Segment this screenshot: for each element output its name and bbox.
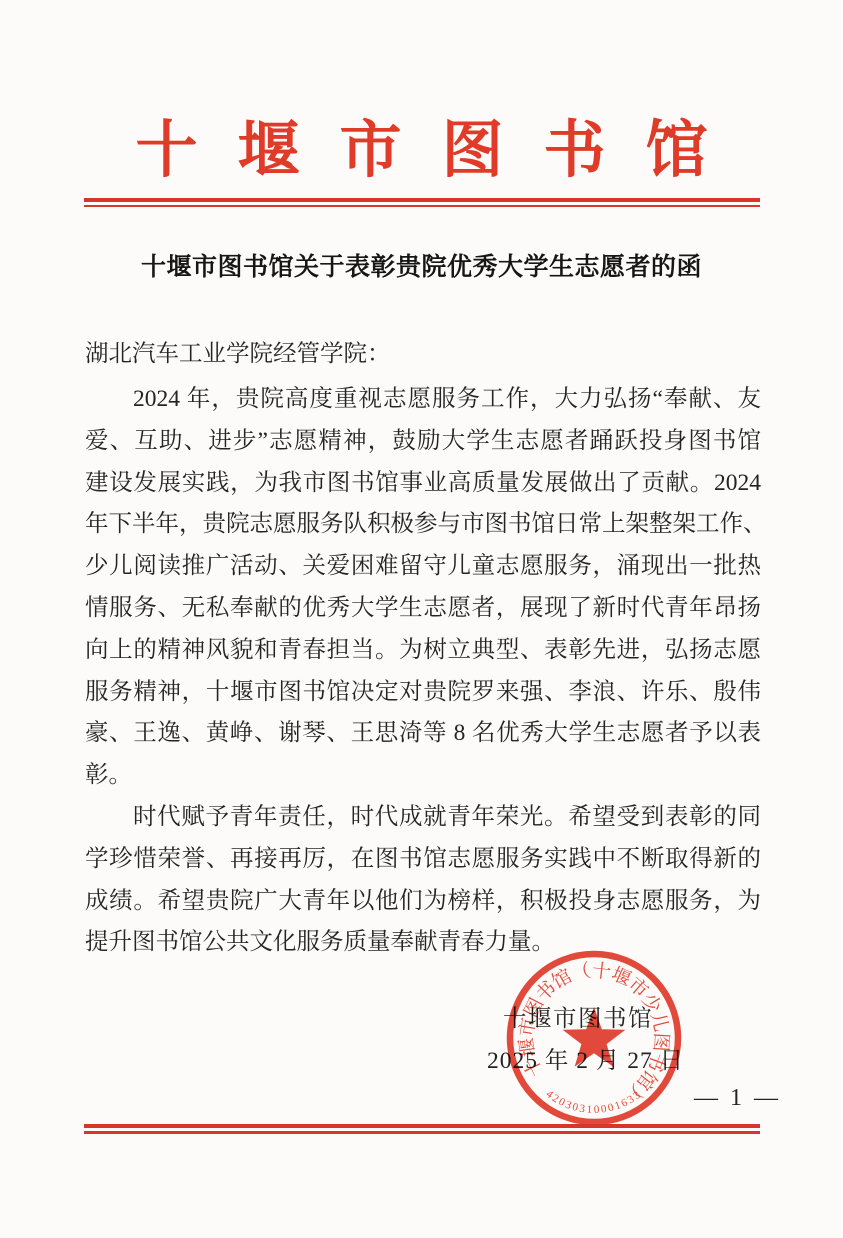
body-line: 时代赋予青年责任，时代成就青年荣光。希望受到表彰的同	[85, 797, 761, 839]
letterhead: 十堰市图书馆	[0, 100, 843, 189]
body-line: 2024 年，贵院高度重视志愿服务工作，大力弘扬“奉献、友	[85, 379, 761, 421]
document-title: 十堰市图书馆关于表彰贵院优秀大学生志愿者的函	[0, 247, 843, 283]
seal-star-icon	[563, 1007, 626, 1067]
body-line: 学珍惜荣誉、再接再厉，在图书馆志愿服务实践中不断取得新的	[85, 839, 761, 881]
body-line: 年下半年，贵院志愿服务队积极参与市图书馆日常上架整架工作、	[85, 504, 761, 546]
red-divider-top	[84, 198, 760, 207]
salutation: 湖北汽车工业学院经管学院：	[85, 334, 761, 379]
body-line: 向上的精神风貌和青春担当。为树立典型、表彰先进，弘扬志愿	[85, 630, 761, 672]
red-divider-bottom	[84, 1124, 760, 1134]
divider-bar	[84, 1131, 760, 1134]
body-line: 建设发展实践，为我市图书馆事业高质量发展做出了贡献。2024	[85, 463, 761, 505]
scanned-letter-page: 十堰市图书馆 十堰市图书馆关于表彰贵院优秀大学生志愿者的函 湖北汽车工业学院经管…	[0, 0, 843, 1238]
body-line: 豪、王逸、黄峥、谢琴、王思渏等 8 名优秀大学生志愿者予以表	[85, 713, 761, 755]
body-line: 少儿阅读推广活动、关爱困难留守儿童志愿服务，涌现出一批热	[85, 546, 761, 588]
letterhead-org-name: 十堰市图书馆	[135, 100, 747, 189]
body-line: 服务精神，十堰市图书馆决定对贵院罗来强、李浪、许乐、殷伟	[85, 672, 761, 714]
divider-bar	[84, 205, 760, 208]
page-number: — 1 —	[694, 1085, 781, 1112]
body-line: 彰。	[85, 755, 761, 797]
body-text: 湖北汽车工业学院经管学院： 2024 年，贵院高度重视志愿服务工作，大力弘扬“奉…	[85, 334, 761, 964]
official-seal: 十堰市图书馆（十堰市少儿图书馆） 42030310001633	[506, 950, 682, 1126]
body-line: 爱、互助、进步”志愿精神，鼓励大学生志愿者踊跃投身图书馆	[85, 421, 761, 463]
body-line: 情服务、无私奉献的优秀大学生志愿者，展现了新时代青年昂扬	[85, 588, 761, 630]
body-line: 成绩。希望贵院广大青年以他们为榜样，积极投身志愿服务，为	[85, 881, 761, 923]
